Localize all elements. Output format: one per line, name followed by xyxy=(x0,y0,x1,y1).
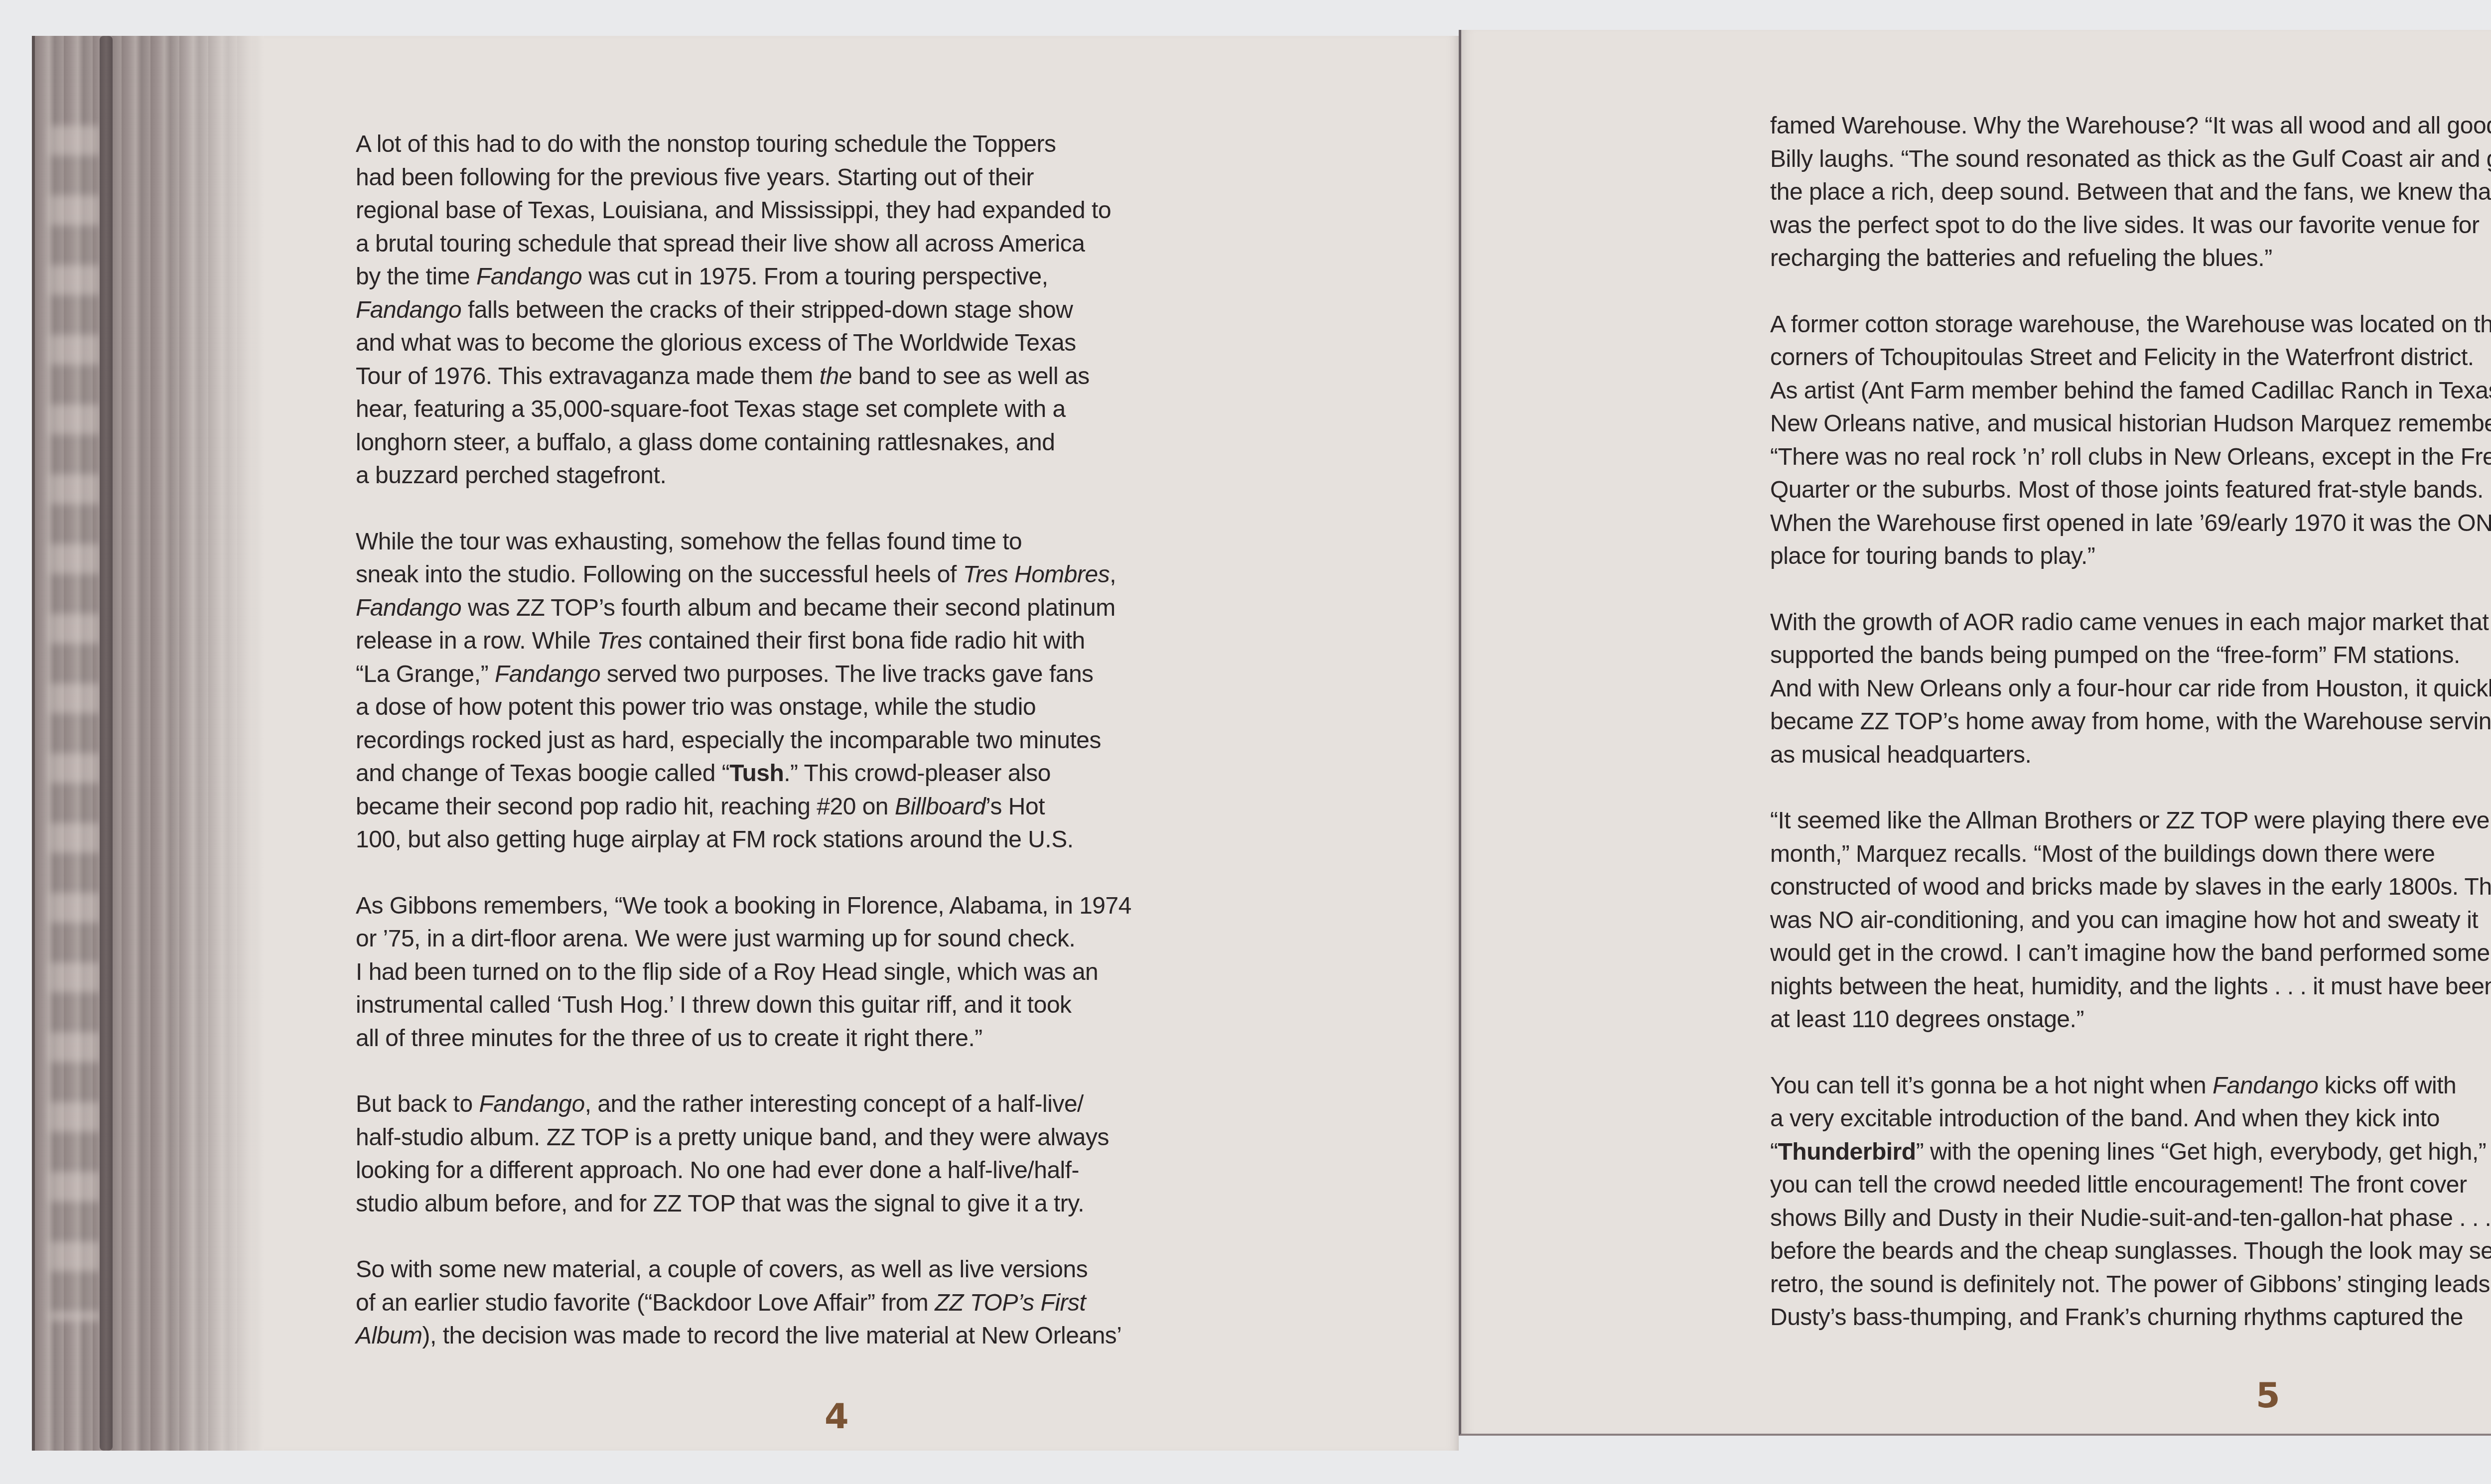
text-line: 100, but also getting huge airplay at FM… xyxy=(356,823,1372,857)
sepia-photo-strip xyxy=(35,36,264,1451)
text-line: a dose of how potent this power trio was… xyxy=(356,691,1372,724)
text-line: A former cotton storage warehouse, the W… xyxy=(1770,308,2491,342)
left-page-body: A lot of this had to do with the nonstop… xyxy=(356,128,1372,1386)
text-line: and change of Texas boogie called “Tush.… xyxy=(356,757,1372,791)
text-line: of an earlier studio favorite (“Backdoor… xyxy=(356,1287,1372,1320)
text-line: by the time Fandango was cut in 1975. Fr… xyxy=(356,261,1372,294)
text-line: retro, the sound is definitely not. The … xyxy=(1770,1268,2491,1302)
paragraph: A lot of this had to do with the nonstop… xyxy=(356,128,1372,493)
text-line: So with some new material, a couple of c… xyxy=(356,1253,1372,1287)
text-line: nights between the heat, humidity, and t… xyxy=(1770,970,2491,1004)
text-line: Album), the decision was made to record … xyxy=(356,1320,1372,1353)
paragraph: A former cotton storage warehouse, the W… xyxy=(1770,308,2491,573)
text-line: month,” Marquez recalls. “Most of the bu… xyxy=(1770,838,2491,871)
text-line: constructed of wood and bricks made by s… xyxy=(1770,871,2491,904)
text-line: all of three minutes for the three of us… xyxy=(356,1022,1372,1056)
paragraph: But back to Fandango, and the rather int… xyxy=(356,1088,1372,1220)
paragraph: You can tell it’s gonna be a hot night w… xyxy=(1770,1070,2491,1335)
text-line: half-studio album. ZZ TOP is a pretty un… xyxy=(356,1121,1372,1155)
text-line: would get in the crowd. I can’t imagine … xyxy=(1770,937,2491,970)
text-line: With the growth of AOR radio came venues… xyxy=(1770,606,2491,640)
text-line: as musical headquarters. xyxy=(1770,739,2491,772)
text-line: instrumental called ‘Tush Hog.’ I threw … xyxy=(356,989,1372,1022)
text-line: A lot of this had to do with the nonstop… xyxy=(356,128,1372,161)
paragraph: “It seemed like the Allman Brothers or Z… xyxy=(1770,805,2491,1037)
text-line: was the perfect spot to do the live side… xyxy=(1770,209,2491,243)
text-line: But back to Fandango, and the rather int… xyxy=(356,1088,1372,1121)
text-line: the place a rich, deep sound. Between th… xyxy=(1770,176,2491,209)
text-line: recharging the batteries and refueling t… xyxy=(1770,242,2491,275)
text-line: place for touring bands to play.” xyxy=(1770,540,2491,573)
text-line: Quarter or the suburbs. Most of those jo… xyxy=(1770,474,2491,507)
text-line: Fandango falls between the cracks of the… xyxy=(356,294,1372,327)
text-line: “There was no real rock ’n’ roll clubs i… xyxy=(1770,441,2491,474)
text-line: You can tell it’s gonna be a hot night w… xyxy=(1770,1070,2491,1103)
text-line: shows Billy and Dusty in their Nudie-sui… xyxy=(1770,1202,2491,1235)
text-line: hear, featuring a 35,000-square-foot Tex… xyxy=(356,393,1372,426)
text-line: While the tour was exhausting, somehow t… xyxy=(356,526,1372,559)
text-line: longhorn steer, a buffalo, a glass dome … xyxy=(356,426,1372,460)
text-line: I had been turned on to the flip side of… xyxy=(356,956,1372,989)
text-line: a buzzard perched stagefront. xyxy=(356,459,1372,493)
text-line: And with New Orleans only a four-hour ca… xyxy=(1770,673,2491,706)
text-line: corners of Tchoupitoulas Street and Feli… xyxy=(1770,341,2491,375)
text-line: Dusty’s bass-thumping, and Frank’s churn… xyxy=(1770,1301,2491,1335)
text-line: you can tell the crowd needed little enc… xyxy=(1770,1169,2491,1202)
text-line: famed Warehouse. Why the Warehouse? “It … xyxy=(1770,110,2491,143)
text-line: became ZZ TOP’s home away from home, wit… xyxy=(1770,705,2491,739)
text-line: at least 110 degrees onstage.” xyxy=(1770,1003,2491,1037)
text-line: New Orleans native, and musical historia… xyxy=(1770,407,2491,441)
text-line: When the Warehouse first opened in late … xyxy=(1770,507,2491,540)
left-page: A lot of this had to do with the nonstop… xyxy=(32,36,1459,1451)
text-line: a very excitable introduction of the ban… xyxy=(1770,1102,2491,1136)
text-line: “It seemed like the Allman Brothers or Z… xyxy=(1770,805,2491,838)
text-line: became their second pop radio hit, reach… xyxy=(356,791,1372,824)
right-page: famed Warehouse. Why the Warehouse? “It … xyxy=(1459,30,2491,1436)
text-line: before the beards and the cheap sunglass… xyxy=(1770,1235,2491,1268)
text-line: sneak into the studio. Following on the … xyxy=(356,558,1372,592)
text-line: and what was to become the glorious exce… xyxy=(356,327,1372,360)
text-line: “La Grange,” Fandango served two purpose… xyxy=(356,658,1372,691)
paragraph: While the tour was exhausting, somehow t… xyxy=(356,526,1372,857)
photo-foliage xyxy=(50,126,100,1321)
text-line: “Thunderbird” with the opening lines “Ge… xyxy=(1770,1136,2491,1169)
text-line: looking for a different approach. No one… xyxy=(356,1154,1372,1188)
right-page-body: famed Warehouse. Why the Warehouse? “It … xyxy=(1770,110,2491,1367)
text-line: a brutal touring schedule that spread th… xyxy=(356,228,1372,261)
text-line: studio album before, and for ZZ TOP that… xyxy=(356,1188,1372,1221)
page-number-left: 4 xyxy=(825,1396,849,1437)
photo-pole xyxy=(100,36,113,1451)
text-line: release in a row. While Tres contained t… xyxy=(356,625,1372,658)
paragraph: famed Warehouse. Why the Warehouse? “It … xyxy=(1770,110,2491,275)
text-line: As artist (Ant Farm member behind the fa… xyxy=(1770,375,2491,408)
paragraph: So with some new material, a couple of c… xyxy=(356,1253,1372,1353)
text-line: or ’75, in a dirt-floor arena. We were j… xyxy=(356,923,1372,956)
paragraph: With the growth of AOR radio came venues… xyxy=(1770,606,2491,772)
text-line: regional base of Texas, Louisiana, and M… xyxy=(356,194,1372,228)
page-number-right: 5 xyxy=(2256,1375,2280,1416)
text-line: had been following for the previous five… xyxy=(356,161,1372,195)
paragraph: As Gibbons remembers, “We took a booking… xyxy=(356,890,1372,1056)
text-line: Fandango was ZZ TOP’s fourth album and b… xyxy=(356,592,1372,625)
text-line: supported the bands being pumped on the … xyxy=(1770,639,2491,673)
text-line: was NO air-conditioning, and you can ima… xyxy=(1770,904,2491,938)
text-line: As Gibbons remembers, “We took a booking… xyxy=(356,890,1372,923)
text-line: Tour of 1976. This extravaganza made the… xyxy=(356,360,1372,394)
text-line: recordings rocked just as hard, especial… xyxy=(356,724,1372,758)
text-line: Billy laughs. “The sound resonated as th… xyxy=(1770,143,2491,176)
